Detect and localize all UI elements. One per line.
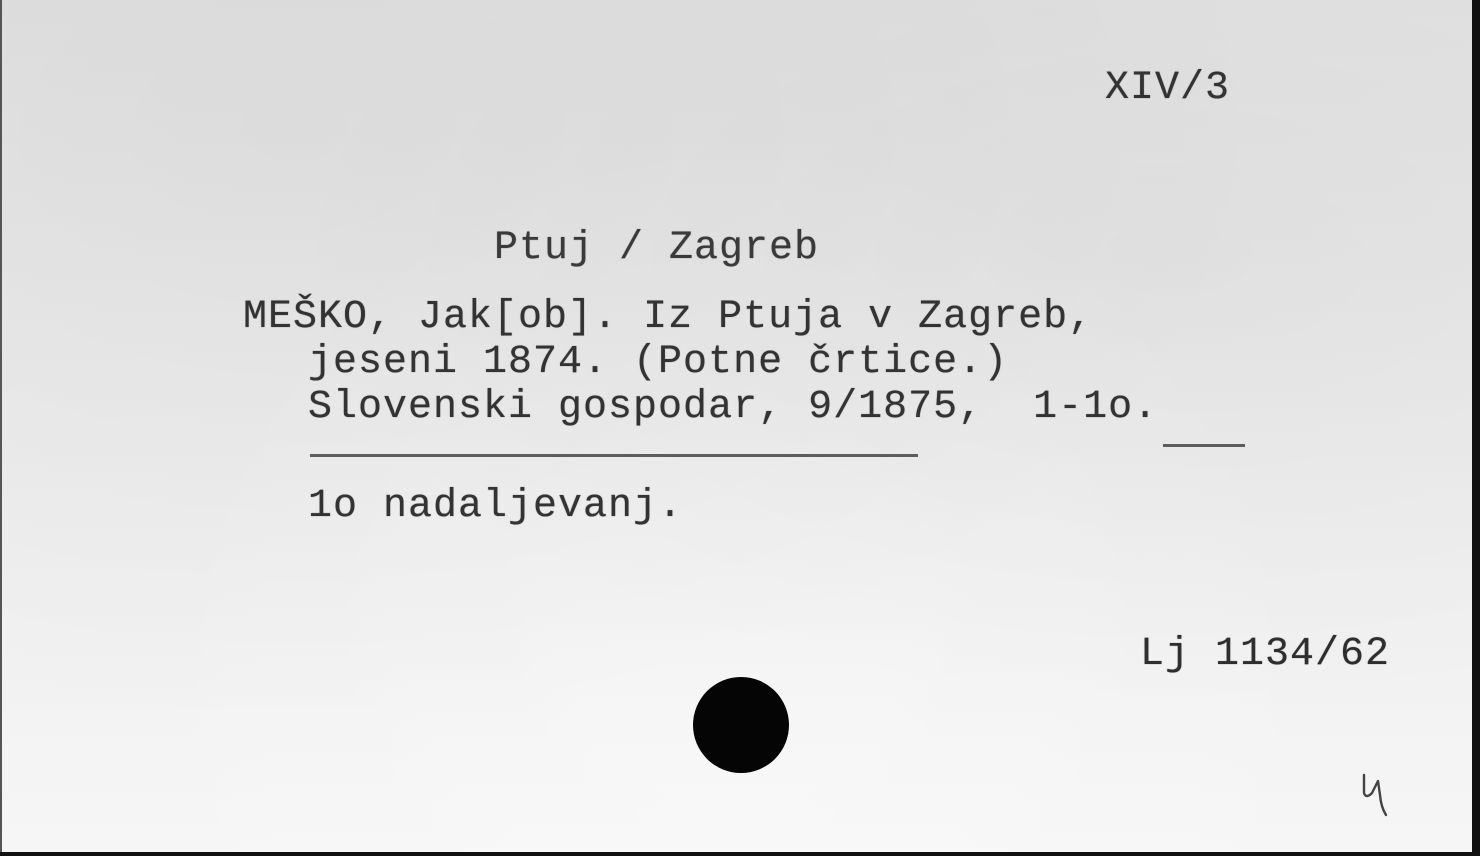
source-pages: 1-1o. <box>1033 385 1158 430</box>
entry-title-continuation: jeseni 1874. (Potne črtice.) <box>308 340 1008 385</box>
punch-hole-icon <box>693 677 789 773</box>
card-edge-left <box>0 0 2 856</box>
entry-author-title: MEŠKO, Jak[ob]. Iz Ptuja v Zagreb, <box>243 295 1093 340</box>
entry-source: Slovenski gospodar, 9/1875, 1-1o. <box>308 385 1158 430</box>
shelf-mark: Lj 1134/62 <box>1140 632 1390 677</box>
subject-heading: Ptuj / Zagreb <box>494 226 819 271</box>
card-edge-right <box>1472 0 1480 856</box>
source-pages-spacer <box>983 385 1033 430</box>
source-issue: 9/1875, <box>783 385 983 430</box>
catalog-card: XIV/3 Ptuj / Zagreb MEŠKO, Jak[ob]. Iz P… <box>0 0 1472 852</box>
call-number: XIV/3 <box>1105 66 1230 111</box>
handwritten-mark-icon <box>1360 765 1400 825</box>
card-edge-bottom <box>0 852 1480 856</box>
source-title: Slovenski gospodar, <box>308 385 783 430</box>
source-underline <box>310 454 918 457</box>
entry-note: 1o nadaljevanj. <box>308 484 683 529</box>
pages-underline <box>1163 444 1245 447</box>
